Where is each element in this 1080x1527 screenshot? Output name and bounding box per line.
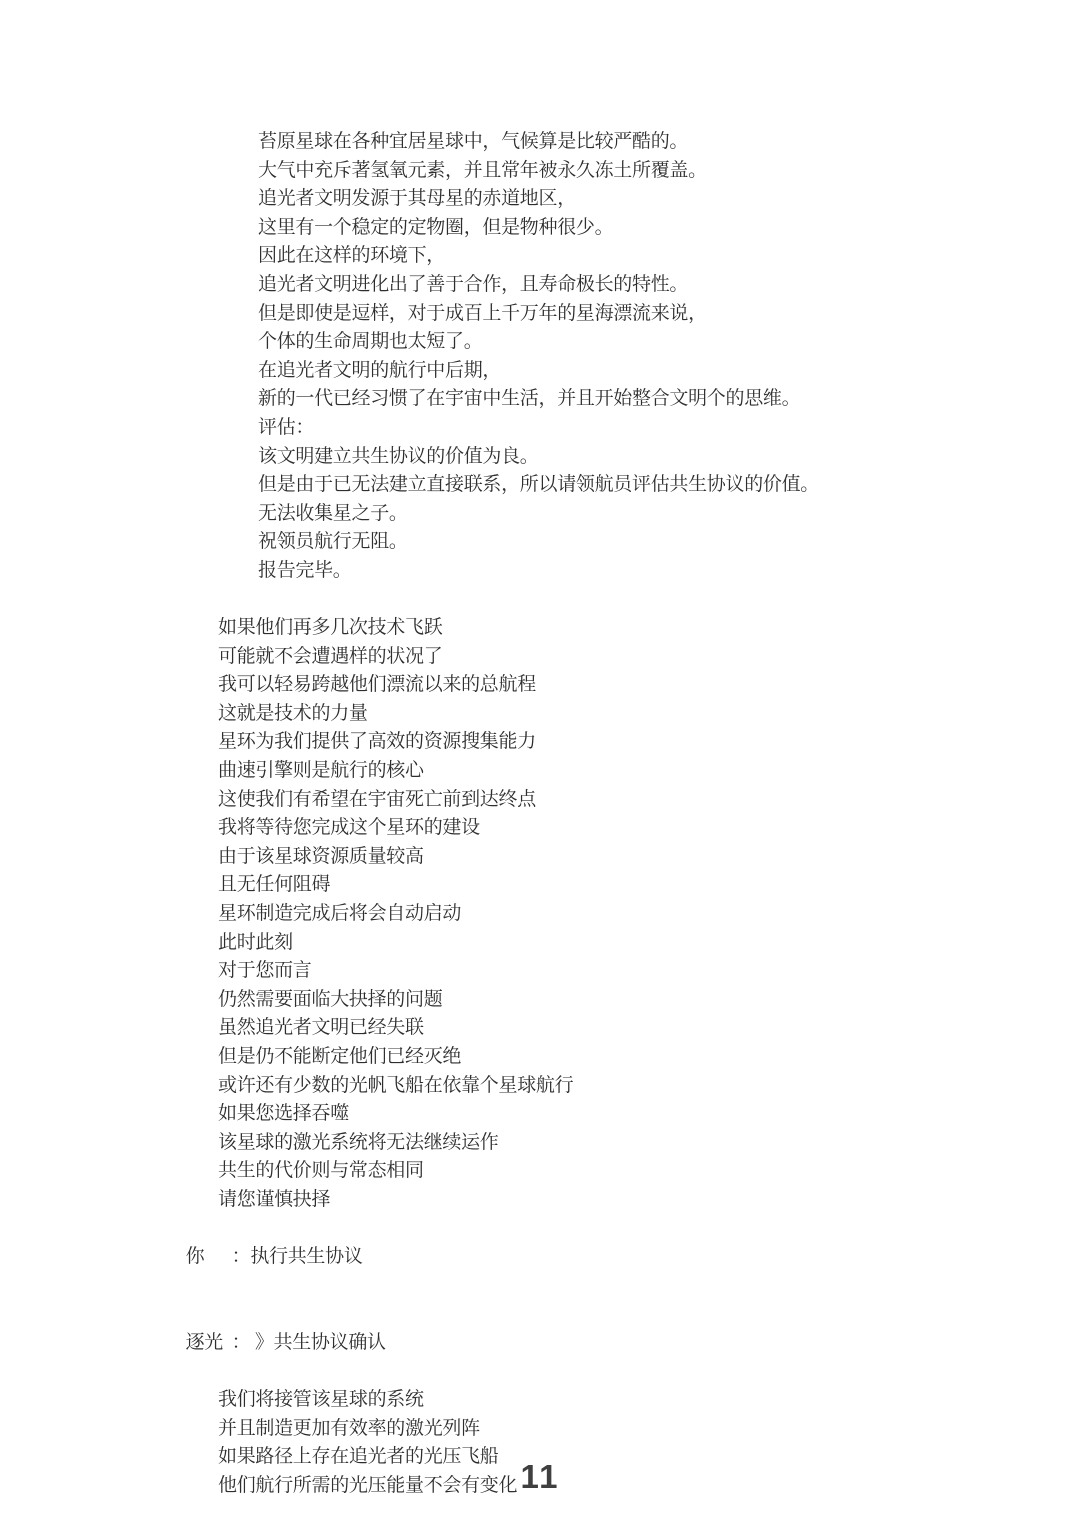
narration-line: 对于您而言 bbox=[0, 957, 1080, 986]
report-line: 这里有一个稳定的定物圈，但是物种很少。 bbox=[0, 214, 1080, 243]
narration-line: 我将等待您完成这个星环的建设 bbox=[0, 814, 1080, 843]
narration-line: 请您谨慎抉择 bbox=[0, 1186, 1080, 1215]
report-line: 追光者文明发源于其母星的赤道地区， bbox=[0, 185, 1080, 214]
narration-line: 由于该星球资源质量较高 bbox=[0, 843, 1080, 872]
speaker-colon: ： bbox=[232, 1332, 241, 1353]
narration-line: 仍然需要面临大抉择的问题 bbox=[0, 986, 1080, 1015]
report-line: 该文明建立共生协议的价值为良。 bbox=[0, 443, 1080, 472]
narration-line: 如果您选择吞噬 bbox=[0, 1100, 1080, 1129]
report-line: 新的一代已经习惯了在宇宙中生活，并且开始整合文明个的思维。 bbox=[0, 385, 1080, 414]
speaker-colon: ： bbox=[232, 1246, 251, 1267]
report-line: 因此在这样的环境下， bbox=[0, 242, 1080, 271]
speaker-you: 你 bbox=[186, 1243, 232, 1272]
page-number: 11 bbox=[0, 1458, 1080, 1496]
narration-line: 我可以轻易跨越他们漂流以来的总航程 bbox=[0, 671, 1080, 700]
dialogue-continuation-line: 并且制造更加有效率的激光列阵 bbox=[0, 1415, 1080, 1444]
dialogue-text-you: 执行共生协议 bbox=[250, 1246, 362, 1267]
narration-line: 如果他们再多几次技术飞跃 bbox=[0, 614, 1080, 643]
narration-line: 这使我们有希望在宇宙死亡前到达终点 bbox=[0, 786, 1080, 815]
document-page: 苔原星球在各种宜居星球中，气候算是比较严酷的。 大气中充斥著氢氧元素，并且常年被… bbox=[0, 0, 1080, 1527]
narration-line: 共生的代价则与常态相同 bbox=[0, 1157, 1080, 1186]
report-line: 大气中充斥著氢氧元素，并且常年被永久冻土所覆盖。 bbox=[0, 157, 1080, 186]
narration-line: 但是仍不能断定他们已经灭绝 bbox=[0, 1043, 1080, 1072]
narration-line: 虽然追光者文明已经失联 bbox=[0, 1014, 1080, 1043]
dialogue-line-zhuguang: 逐光：》共生协议确认 bbox=[0, 1300, 1080, 1386]
narration-line: 此时此刻 bbox=[0, 929, 1080, 958]
report-line: 祝领员航行无阻。 bbox=[0, 528, 1080, 557]
text-flow: 苔原星球在各种宜居星球中，气候算是比较严酷的。 大气中充斥著氢氧元素，并且常年被… bbox=[0, 128, 1080, 1501]
narration-line: 可能就不会遭遇样的状况了 bbox=[0, 643, 1080, 672]
narration-line: 这就是技术的力量 bbox=[0, 700, 1080, 729]
dialogue-line-you: 你：执行共生协议 bbox=[0, 1215, 1080, 1301]
report-line: 报告完毕。 bbox=[0, 557, 1080, 586]
report-line: 但是即使是逗样，对于成百上千万年的星海漂流来说， bbox=[0, 300, 1080, 329]
report-line: 评估： bbox=[0, 414, 1080, 443]
report-block: 苔原星球在各种宜居星球中，气候算是比较严酷的。 大气中充斥著氢氧元素，并且常年被… bbox=[0, 128, 1080, 586]
narration-line: 或许还有少数的光帆飞船在依靠个星球航行 bbox=[0, 1072, 1080, 1101]
dialogue-text-zhuguang: 》共生协议确认 bbox=[241, 1332, 386, 1353]
narration-line: 曲速引擎则是航行的核心 bbox=[0, 757, 1080, 786]
narration-line: 星环制造完成后将会自动启动 bbox=[0, 900, 1080, 929]
report-line: 苔原星球在各种宜居星球中，气候算是比较严酷的。 bbox=[0, 128, 1080, 157]
narration-block: 如果他们再多几次技术飞跃 可能就不会遭遇样的状况了 我可以轻易跨越他们漂流以来的… bbox=[0, 614, 1080, 1214]
report-line: 追光者文明进化出了善于合作，且寿命极长的特性。 bbox=[0, 271, 1080, 300]
block-spacer bbox=[0, 586, 1080, 615]
report-line: 无法收集星之子。 bbox=[0, 500, 1080, 529]
narration-line: 该星球的激光系统将无法继续运作 bbox=[0, 1129, 1080, 1158]
report-line: 个体的生命周期也太短了。 bbox=[0, 328, 1080, 357]
report-line: 但是由于已无法建立直接联系，所以请领航员评估共生协议的价值。 bbox=[0, 471, 1080, 500]
narration-line: 且无任何阻碍 bbox=[0, 871, 1080, 900]
narration-line: 星环为我们提供了高效的资源搜集能力 bbox=[0, 728, 1080, 757]
speaker-zhuguang: 逐光 bbox=[186, 1329, 232, 1358]
dialogue-continuation-line: 我们将接管该星球的系统 bbox=[0, 1386, 1080, 1415]
report-line: 在追光者文明的航行中后期， bbox=[0, 357, 1080, 386]
